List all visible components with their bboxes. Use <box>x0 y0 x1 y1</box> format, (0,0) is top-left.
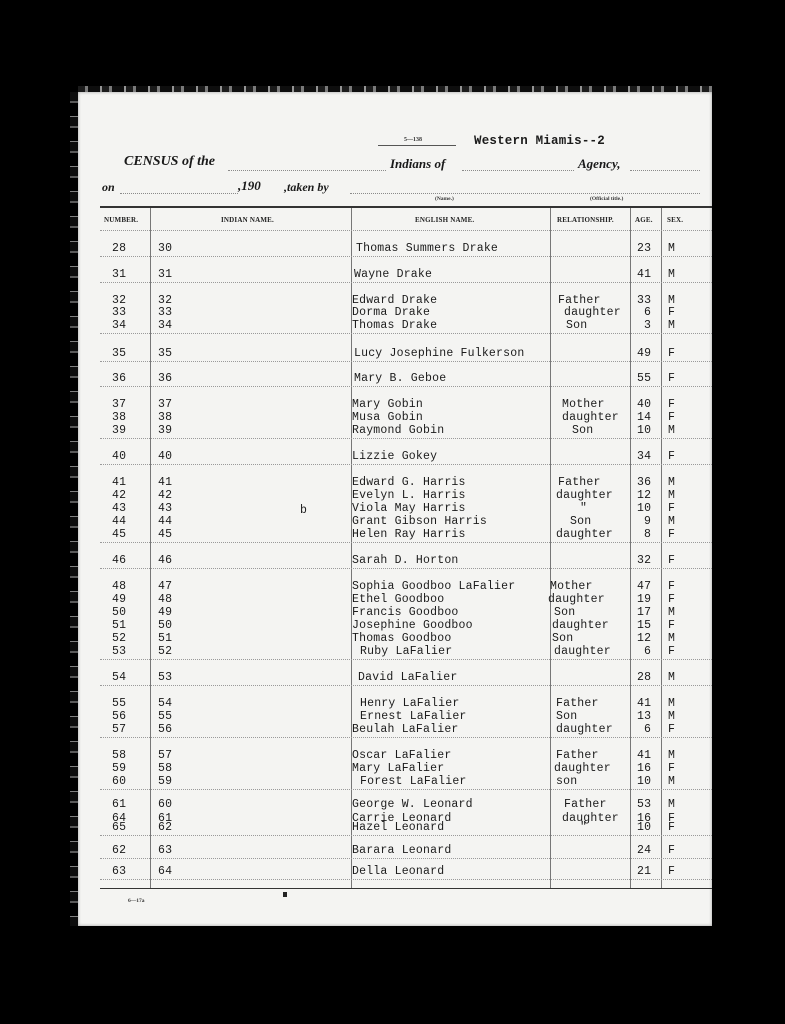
row-number: 41 <box>112 476 126 489</box>
row-sex: M <box>668 242 675 255</box>
row-sex: M <box>668 671 675 684</box>
row-age: 36 <box>637 476 651 489</box>
row-number: 33 <box>112 306 126 319</box>
row-number: 49 <box>112 593 126 606</box>
row-number: 31 <box>112 268 126 281</box>
row-relationship: Mother <box>550 580 593 593</box>
row-number: 43 <box>112 502 126 515</box>
row-relationship: daughter <box>554 762 611 775</box>
row-prior-number: 34 <box>158 319 172 332</box>
row-relationship: " <box>580 821 587 834</box>
census-page: 5—138 Western Miamis--2 CENSUS of the In… <box>78 92 712 926</box>
row-age: 40 <box>637 398 651 411</box>
enumerator-field <box>350 193 700 194</box>
row-english-name: Viola May Harris <box>352 502 466 515</box>
row-number: 57 <box>112 723 126 736</box>
tribe-field <box>228 170 386 171</box>
row-english-name: Lizzie Gokey <box>352 450 437 463</box>
row-prior-number: 35 <box>158 347 172 360</box>
row-age: 3 <box>644 319 651 332</box>
row-prior-number: 44 <box>158 515 172 528</box>
row-sex: M <box>668 515 675 528</box>
row-relationship: daughter <box>564 306 621 319</box>
row-age: 17 <box>637 606 651 619</box>
agency-label: Agency, <box>578 156 620 172</box>
row-sex: F <box>668 502 675 515</box>
row-sex: M <box>668 489 675 502</box>
row-sex: F <box>668 306 675 319</box>
row-sex: M <box>668 606 675 619</box>
row-prior-number: 52 <box>158 645 172 658</box>
row-relationship: Son <box>554 606 575 619</box>
row-prior-number: 37 <box>158 398 172 411</box>
row-relationship: daughter <box>556 489 613 502</box>
row-age: 41 <box>637 749 651 762</box>
row-english-name: Ruby LaFalier <box>360 645 452 658</box>
indians-of-field <box>462 170 574 171</box>
row-prior-number: 57 <box>158 749 172 762</box>
row-sex: F <box>668 450 675 463</box>
header-underline <box>100 230 712 231</box>
row-relationship: " <box>580 502 587 515</box>
row-english-name: David LaFalier <box>358 671 457 684</box>
row-english-name: Lucy Josephine Fulkerson <box>354 347 524 360</box>
row-prior-number: 51 <box>158 632 172 645</box>
row-sex: F <box>668 372 675 385</box>
row-sex: M <box>668 749 675 762</box>
row-prior-number: 59 <box>158 775 172 788</box>
row-english-name: Henry LaFalier <box>360 697 459 710</box>
row-age: 12 <box>637 489 651 502</box>
row-number: 42 <box>112 489 126 502</box>
row-english-name: Thomas Goodboo <box>352 632 451 645</box>
row-english-name: Hazel Leonard <box>352 821 444 834</box>
row-prior-number: 54 <box>158 697 172 710</box>
row-age: 28 <box>637 671 651 684</box>
agency-field <box>630 170 700 171</box>
row-number: 36 <box>112 372 126 385</box>
row-age: 6 <box>644 723 651 736</box>
row-separator <box>100 568 712 569</box>
row-relationship: son <box>556 775 577 788</box>
row-english-name: Helen Ray Harris <box>352 528 466 541</box>
row-number: 39 <box>112 424 126 437</box>
row-prior-number: 48 <box>158 593 172 606</box>
col-divider-relationship <box>630 208 631 888</box>
col-header-relationship: RELATIONSHIP. <box>557 216 614 224</box>
row-prior-number: 42 <box>158 489 172 502</box>
row-relationship: daughter <box>562 812 619 825</box>
row-separator <box>100 858 712 859</box>
row-sex: F <box>668 844 675 857</box>
row-sex: M <box>668 268 675 281</box>
row-sex: F <box>668 645 675 658</box>
row-number: 58 <box>112 749 126 762</box>
row-sex: F <box>668 821 675 834</box>
header-rule <box>100 206 712 208</box>
footer-rule <box>100 888 712 889</box>
row-sex: F <box>668 411 675 424</box>
row-separator <box>100 685 712 686</box>
row-number: 34 <box>112 319 126 332</box>
row-separator <box>100 361 712 362</box>
row-age: 12 <box>637 632 651 645</box>
row-relationship: Son <box>552 632 573 645</box>
row-age: 8 <box>644 528 651 541</box>
row-english-name: Della Leonard <box>352 865 444 878</box>
row-separator <box>100 737 712 738</box>
row-relationship: Son <box>570 515 591 528</box>
row-sex: M <box>668 775 675 788</box>
row-number: 48 <box>112 580 126 593</box>
taken-by-label: ,taken by <box>284 180 329 195</box>
name-caption: (Name.) <box>435 196 454 202</box>
row-sex: F <box>668 347 675 360</box>
row-english-name: Wayne Drake <box>354 268 432 281</box>
row-sex: F <box>668 554 675 567</box>
row-number: 51 <box>112 619 126 632</box>
row-relationship: Son <box>566 319 587 332</box>
row-age: 10 <box>637 821 651 834</box>
row-age: 14 <box>637 411 651 424</box>
row-separator <box>100 879 712 880</box>
stray-mark: b <box>300 504 307 517</box>
row-prior-number: 31 <box>158 268 172 281</box>
year-label: ,190 <box>238 178 261 194</box>
row-number: 59 <box>112 762 126 775</box>
indians-of-label: Indians of <box>390 156 445 172</box>
col-header-number: NUMBER. <box>104 216 138 224</box>
row-prior-number: 33 <box>158 306 172 319</box>
row-separator <box>100 333 712 334</box>
col-divider-number <box>150 208 151 888</box>
row-age: 6 <box>644 645 651 658</box>
row-age: 41 <box>637 268 651 281</box>
col-header-indian-name: INDIAN NAME. <box>221 216 274 224</box>
row-english-name: Ethel Goodboo <box>352 593 444 606</box>
row-prior-number: 43 <box>158 502 172 515</box>
row-number: 63 <box>112 865 126 878</box>
row-prior-number: 41 <box>158 476 172 489</box>
col-header-english-name: ENGLISH NAME. <box>415 216 474 224</box>
row-english-name: Raymond Gobin <box>352 424 444 437</box>
row-sex: F <box>668 865 675 878</box>
row-prior-number: 45 <box>158 528 172 541</box>
row-sex: M <box>668 476 675 489</box>
col-divider-english-name <box>550 208 551 888</box>
row-relationship: daughter <box>554 645 611 658</box>
row-prior-number: 49 <box>158 606 172 619</box>
row-prior-number: 63 <box>158 844 172 857</box>
row-prior-number: 58 <box>158 762 172 775</box>
row-separator <box>100 542 712 543</box>
row-english-name: Mary LaFalier <box>352 762 444 775</box>
row-english-name: Josephine Goodboo <box>352 619 473 632</box>
row-prior-number: 53 <box>158 671 172 684</box>
row-age: 15 <box>637 619 651 632</box>
row-number: 61 <box>112 798 126 811</box>
row-english-name: Francis Goodboo <box>352 606 459 619</box>
row-english-name: Thomas Drake <box>352 319 437 332</box>
row-age: 23 <box>637 242 651 255</box>
row-number: 35 <box>112 347 126 360</box>
row-sex: F <box>668 762 675 775</box>
row-separator <box>100 789 712 790</box>
row-prior-number: 39 <box>158 424 172 437</box>
row-age: 10 <box>637 775 651 788</box>
row-english-name: Mary B. Geboe <box>354 372 446 385</box>
row-number: 52 <box>112 632 126 645</box>
row-relationship: Father <box>564 798 607 811</box>
col-header-sex: SEX. <box>667 216 683 224</box>
row-number: 46 <box>112 554 126 567</box>
row-prior-number: 38 <box>158 411 172 424</box>
row-age: 16 <box>637 762 651 775</box>
row-age: 47 <box>637 580 651 593</box>
row-separator <box>100 386 712 387</box>
row-sex: F <box>668 398 675 411</box>
row-number: 50 <box>112 606 126 619</box>
row-prior-number: 30 <box>158 242 172 255</box>
row-separator <box>100 438 712 439</box>
row-english-name: Dorma Drake <box>352 306 430 319</box>
row-prior-number: 50 <box>158 619 172 632</box>
row-separator <box>100 464 712 465</box>
title-caption: (Official title.) <box>590 196 623 202</box>
row-number: 40 <box>112 450 126 463</box>
row-age: 10 <box>637 502 651 515</box>
row-english-name: Barara Leonard <box>352 844 451 857</box>
row-relationship: Mother <box>562 398 605 411</box>
row-sex: M <box>668 319 675 332</box>
footer-form-number: 6—17a <box>128 898 145 904</box>
row-age: 53 <box>637 798 651 811</box>
row-prior-number: 40 <box>158 450 172 463</box>
row-relationship: Father <box>556 749 599 762</box>
row-number: 54 <box>112 671 126 684</box>
row-age: 41 <box>637 697 651 710</box>
row-number: 55 <box>112 697 126 710</box>
row-age: 21 <box>637 865 651 878</box>
row-english-name: Evelyn L. Harris <box>352 489 466 502</box>
row-number: 37 <box>112 398 126 411</box>
row-prior-number: 60 <box>158 798 172 811</box>
row-sex: F <box>668 580 675 593</box>
row-english-name: Forest LaFalier <box>360 775 467 788</box>
row-english-name: Edward G. Harris <box>352 476 466 489</box>
row-sex: M <box>668 710 675 723</box>
row-prior-number: 64 <box>158 865 172 878</box>
col-divider-age <box>661 208 662 888</box>
row-english-name: George W. Leonard <box>352 798 473 811</box>
row-sex: F <box>668 723 675 736</box>
row-separator <box>100 835 712 836</box>
row-number: 28 <box>112 242 126 255</box>
ink-mark <box>283 892 287 897</box>
form-number-rule <box>378 145 456 146</box>
row-age: 13 <box>637 710 651 723</box>
row-english-name: Sophia Goodboo LaFalier <box>352 580 515 593</box>
date-field <box>120 193 238 194</box>
row-number: 60 <box>112 775 126 788</box>
row-number: 45 <box>112 528 126 541</box>
row-separator <box>100 659 712 660</box>
row-english-name: Thomas Summers Drake <box>356 242 498 255</box>
row-sex: M <box>668 697 675 710</box>
row-sex: F <box>668 593 675 606</box>
row-number: 56 <box>112 710 126 723</box>
row-english-name: Ernest LaFalier <box>360 710 467 723</box>
row-english-name: Musa Gobin <box>352 411 423 424</box>
row-number: 65 <box>112 821 126 834</box>
row-age: 10 <box>637 424 651 437</box>
form-number: 5—138 <box>404 137 422 143</box>
row-relationship: daughter <box>556 723 613 736</box>
row-relationship: daughter <box>556 528 613 541</box>
row-separator <box>100 282 712 283</box>
row-prior-number: 46 <box>158 554 172 567</box>
row-age: 55 <box>637 372 651 385</box>
row-relationship: daughter <box>562 411 619 424</box>
row-relationship: daughter <box>552 619 609 632</box>
row-relationship: Son <box>572 424 593 437</box>
row-english-name: Beulah LaFalier <box>352 723 459 736</box>
row-separator <box>100 256 712 257</box>
row-english-name: Grant Gibson Harris <box>352 515 487 528</box>
row-relationship: Father <box>556 697 599 710</box>
row-english-name: Mary Gobin <box>352 398 423 411</box>
row-number: 62 <box>112 844 126 857</box>
row-age: 9 <box>644 515 651 528</box>
row-relationship: Father <box>558 476 601 489</box>
row-prior-number: 56 <box>158 723 172 736</box>
on-label: on <box>102 180 115 195</box>
row-age: 6 <box>644 306 651 319</box>
row-age: 34 <box>637 450 651 463</box>
row-sex: F <box>668 619 675 632</box>
row-prior-number: 36 <box>158 372 172 385</box>
row-age: 24 <box>637 844 651 857</box>
row-relationship: daughter <box>548 593 605 606</box>
row-age: 19 <box>637 593 651 606</box>
row-prior-number: 47 <box>158 580 172 593</box>
row-sex: M <box>668 632 675 645</box>
row-number: 38 <box>112 411 126 424</box>
row-sex: F <box>668 528 675 541</box>
row-sex: M <box>668 424 675 437</box>
row-number: 44 <box>112 515 126 528</box>
row-english-name: Oscar LaFalier <box>352 749 451 762</box>
row-age: 32 <box>637 554 651 567</box>
row-english-name: Sarah D. Horton <box>352 554 459 567</box>
row-prior-number: 55 <box>158 710 172 723</box>
row-prior-number: 62 <box>158 821 172 834</box>
census-of-the-label: CENSUS of the <box>124 154 215 170</box>
sheet-label: Western Miamis--2 <box>474 134 605 148</box>
row-number: 53 <box>112 645 126 658</box>
col-header-age: AGE. <box>635 216 653 224</box>
row-relationship: Son <box>556 710 577 723</box>
row-sex: M <box>668 798 675 811</box>
row-age: 49 <box>637 347 651 360</box>
